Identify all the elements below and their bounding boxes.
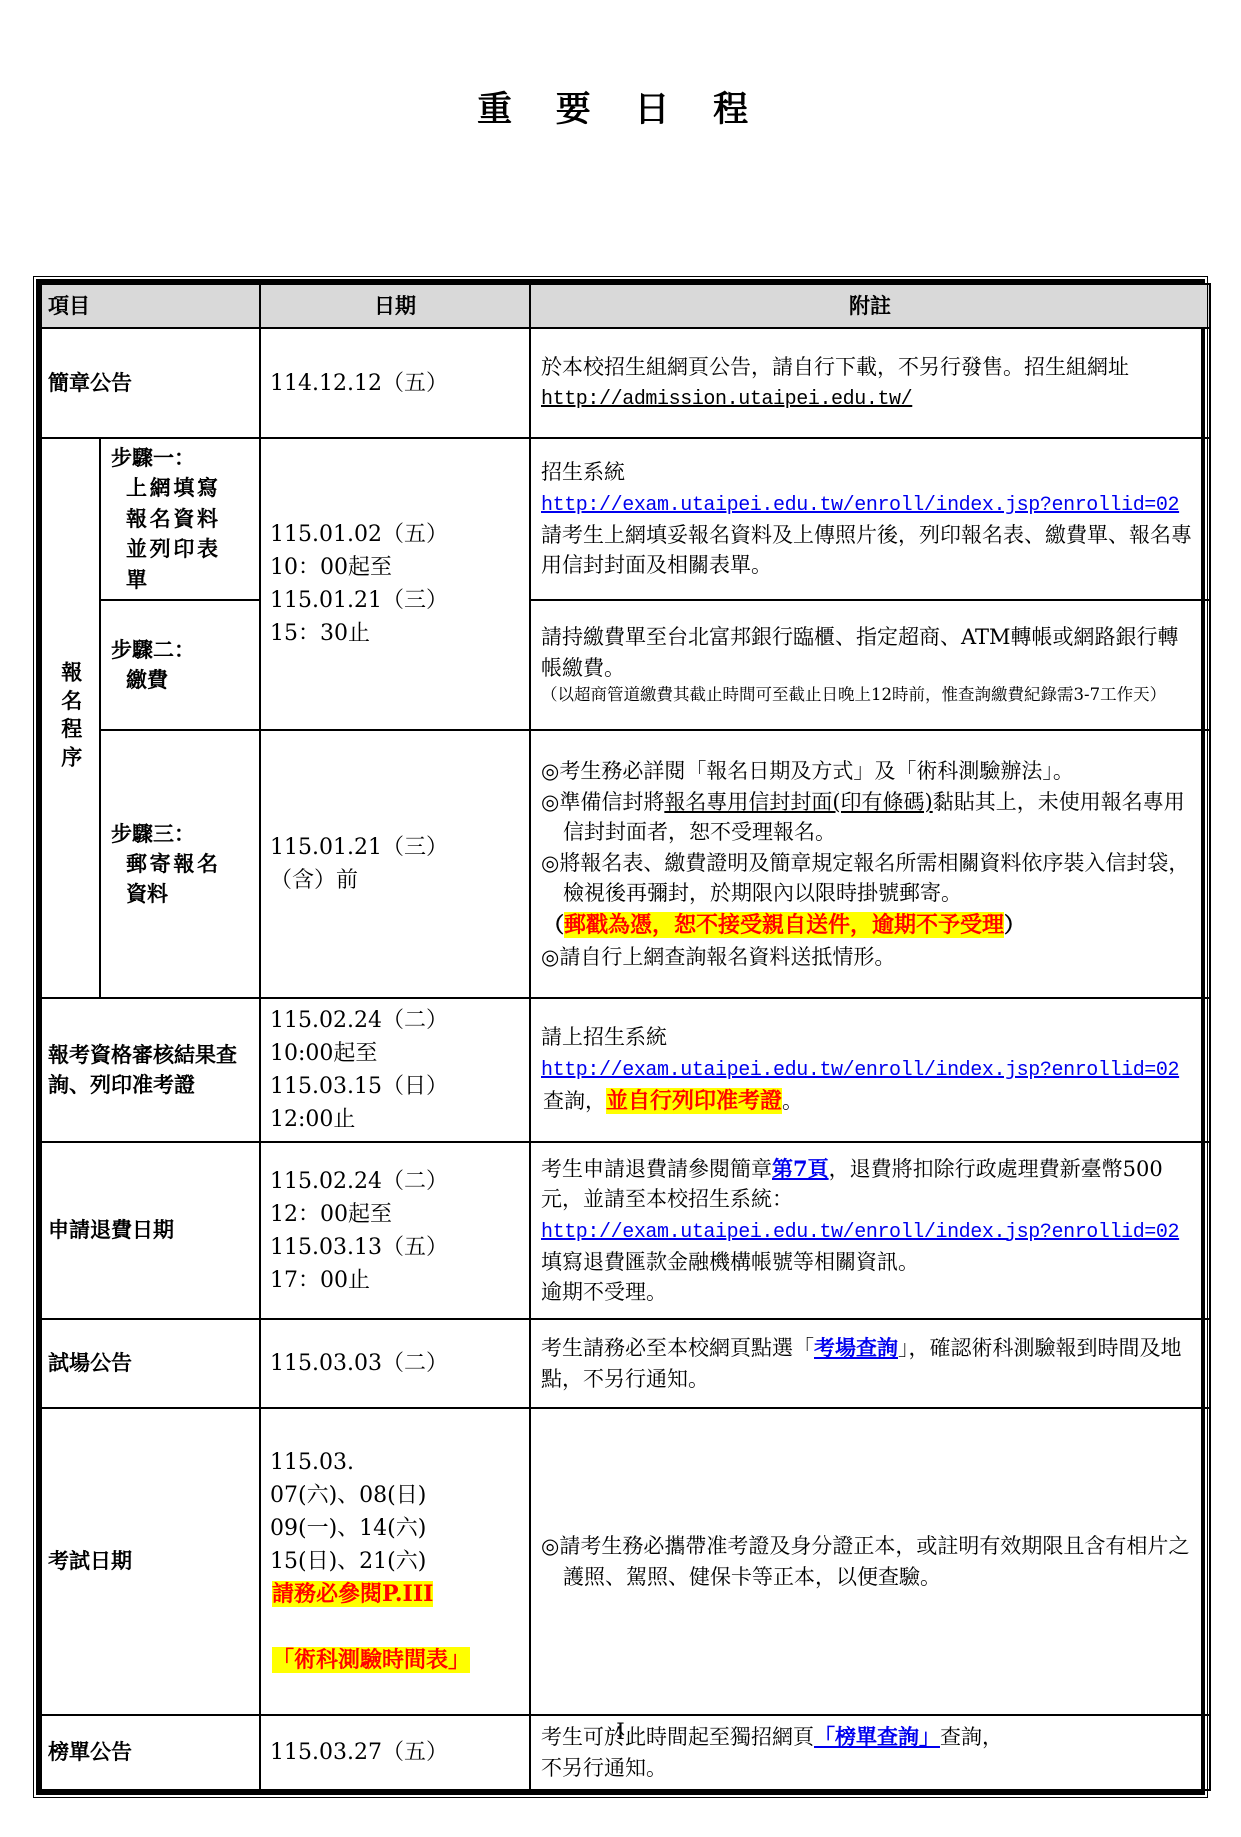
venue-note-pre: 考生請務必至本校網頁點選「 <box>541 1336 814 1360</box>
qualification-note-line1: 請上招生系統 <box>541 1022 1199 1052</box>
qualification-note-line3: 查詢，並自行列印准考證。 <box>541 1085 1199 1118</box>
qualification-date: 115.02.24（二） 10:00起至 115.03.15（日） 12:00止 <box>260 998 530 1142</box>
step3-bullet-3: ◎將報名表、繳費證明及簡章規定報名所需相關資料依序裝入信封袋，檢視後再彌封，於期… <box>541 848 1199 909</box>
row-registration-step1: 報名程序 步驟一： 上網填寫報名資料並列印表單 115.01.02（五） 10：… <box>41 438 1210 600</box>
page-title: 重 要 日 程 <box>0 82 1241 132</box>
announcement-note: 於本校招生組網頁公告，請自行下載，不另行發售。招生組網址 http://admi… <box>530 328 1210 438</box>
step3-postmark-warning: （郵戳為憑，恕不接受親自送件，逾期不予受理） <box>541 909 1199 942</box>
step3-title: 步驟三： <box>111 819 251 849</box>
exam-schedule-note-highlight-1: 請務必參閱P.III <box>272 1581 433 1607</box>
announcement-date: 114.12.12（五） <box>260 328 530 438</box>
exam-date: 115.03. 07(六)、08(日) 09(一)、14(六) 15(日)、21… <box>260 1408 530 1715</box>
page7-link[interactable]: 第7頁 <box>772 1156 829 1181</box>
step2-note-small: （以超商管道繳費其截止時間可至截止日晚上12時前，惟查詢繳費紀錄需3-7工作天） <box>541 683 1199 708</box>
qualification-note-pre: 查詢， <box>543 1089 606 1113</box>
venue-item: 試場公告 <box>41 1319 260 1408</box>
step1-body: 上網填寫報名資料並列印表單 <box>126 473 218 595</box>
venue-query-link[interactable]: 考場查詢 <box>814 1335 898 1360</box>
step2-note-body: 請持繳費單至台北富邦銀行臨櫃、指定超商、ATM轉帳或網路銀行轉帳繳費。 <box>541 622 1199 683</box>
print-ticket-highlight: 並自行列印准考證 <box>606 1088 782 1114</box>
exam-item: 考試日期 <box>41 1408 260 1715</box>
step3-b2-pre: ◎準備信封將 <box>541 790 664 814</box>
step2-cell: 步驟二： 繳費 <box>100 600 260 730</box>
paren-close: ） <box>1004 912 1025 937</box>
refund-note-after: 填寫退費匯款金融機構帳號等相關資訊。 <box>541 1247 1199 1277</box>
step3-note: ◎考生務必詳閱「報名日期及方式」及「術科測驗辦法」。 ◎準備信封將報名專用信封封… <box>530 730 1210 998</box>
step3-cell: 步驟三： 郵寄報名資料 <box>100 730 260 998</box>
admission-url-link[interactable]: http://admission.utaipei.edu.tw/ <box>541 388 912 411</box>
refund-note-pre: 考生申請退費請參閱簡章 <box>541 1157 772 1181</box>
step2-title: 步驟二： <box>111 635 251 665</box>
header-note: 附註 <box>530 284 1210 328</box>
step2-note: 請持繳費單至台北富邦銀行臨櫃、指定超商、ATM轉帳或網路銀行轉帳繳費。 （以超商… <box>530 600 1210 730</box>
results-note-line2: 不另行通知。 <box>541 1753 1199 1783</box>
row-venue: 試場公告 115.03.03（二） 考生請務必至本校網頁點選「考場查詢」，確認術… <box>41 1319 1210 1408</box>
announcement-note-text: 於本校招生組網頁公告，請自行下載，不另行發售。招生組網址 <box>541 355 1129 379</box>
venue-note: 考生請務必至本校網頁點選「考場查詢」，確認術科測驗報到時間及地點，不另行通知。 <box>530 1319 1210 1408</box>
step3-bullet-4: ◎請自行上網查詢報名資料送抵情形。 <box>541 942 1199 972</box>
schedule-table: 項目 日期 附註 簡章公告 114.12.12（五） 於本校招生組網頁公告，請自… <box>40 283 1211 1791</box>
step3-bullet-1: ◎考生務必詳閱「報名日期及方式」及「術科測驗辦法」。 <box>541 756 1199 786</box>
enroll-url-link-step1[interactable]: http://exam.utaipei.edu.tw/enroll/index.… <box>541 494 1179 517</box>
registration-group-label: 報名程序 <box>55 661 85 774</box>
refund-note-line1: 考生申請退費請參閱簡章第7頁，退費將扣除行政處理費新臺幣500元，並請至本校招生… <box>541 1154 1199 1215</box>
qualification-note: 請上招生系統 http://exam.utaipei.edu.tw/enroll… <box>530 998 1210 1142</box>
header-item: 項目 <box>41 284 260 328</box>
table-header-row: 項目 日期 附註 <box>41 284 1210 328</box>
step3-b2-underline: 報名專用信封封面(印有條碼) <box>664 790 932 814</box>
row-registration-step2: 步驟二： 繳費 請持繳費單至台北富邦銀行臨櫃、指定超商、ATM轉帳或網路銀行轉帳… <box>41 600 1210 730</box>
qualification-note-post: 。 <box>782 1089 803 1113</box>
row-exam: 考試日期 115.03. 07(六)、08(日) 09(一)、14(六) 15(… <box>41 1408 1210 1715</box>
exam-schedule-note-highlight-2: 「術科測驗時間表」 <box>272 1647 470 1673</box>
enroll-url-link-qualification[interactable]: http://exam.utaipei.edu.tw/enroll/index.… <box>541 1059 1179 1082</box>
step1-cell: 步驟一： 上網填寫報名資料並列印表單 <box>100 438 260 600</box>
enroll-url-link-refund[interactable]: http://exam.utaipei.edu.tw/enroll/index.… <box>541 1221 1179 1244</box>
exam-date-lines: 115.03. 07(六)、08(日) 09(一)、14(六) 15(日)、21… <box>270 1450 426 1574</box>
step1-note: 招生系統 http://exam.utaipei.edu.tw/enroll/i… <box>530 438 1210 600</box>
step3-bullet-2: ◎準備信封將報名專用信封封面(印有條碼)黏貼其上，未使用報名專用信封封面者，恕不… <box>541 787 1199 848</box>
step3-body: 郵寄報名資料 <box>126 849 218 910</box>
step1-note-line1: 招生系統 <box>541 457 1199 487</box>
refund-note: 考生申請退費請參閱簡章第7頁，退費將扣除行政處理費新臺幣500元，並請至本校招生… <box>530 1142 1210 1319</box>
refund-date: 115.02.24（二） 12：00起至 115.03.13（五） 17：00止 <box>260 1142 530 1319</box>
step1-title: 步驟一： <box>111 443 251 473</box>
qualification-item: 報考資格審核結果查詢、列印准考證 <box>41 998 260 1142</box>
exam-note-bullet: ◎請考生務必攜帶准考證及身分證正本，或註明有效期限且含有相片之護照、駕照、健保卡… <box>541 1531 1199 1592</box>
exam-note: ◎請考生務必攜帶准考證及身分證正本，或註明有效期限且含有相片之護照、駕照、健保卡… <box>530 1408 1210 1715</box>
row-registration-step3: 步驟三： 郵寄報名資料 115.01.21（三） （含）前 ◎考生務必詳閱「報名… <box>41 730 1210 998</box>
postmark-warning-highlight: 郵戳為憑，恕不接受親自送件，逾期不予受理 <box>564 912 1004 938</box>
schedule-table-frame: 項目 日期 附註 簡章公告 114.12.12（五） 於本校招生組網頁公告，請自… <box>36 279 1205 1795</box>
refund-item: 申請退費日期 <box>41 1142 260 1319</box>
paren-open: （ <box>543 912 564 937</box>
row-announcement: 簡章公告 114.12.12（五） 於本校招生組網頁公告，請自行下載，不另行發售… <box>41 328 1210 438</box>
refund-note-last: 逾期不受理。 <box>541 1277 1199 1307</box>
announcement-item: 簡章公告 <box>41 328 260 438</box>
registration-group-cell: 報名程序 <box>41 438 100 998</box>
row-qualification: 報考資格審核結果查詢、列印准考證 115.02.24（二） 10:00起至 11… <box>41 998 1210 1142</box>
row-refund: 申請退費日期 115.02.24（二） 12：00起至 115.03.13（五）… <box>41 1142 1210 1319</box>
step3-date: 115.01.21（三） （含）前 <box>260 730 530 998</box>
step2-body: 繳費 <box>126 665 218 695</box>
page-number: I <box>0 1720 1241 1745</box>
header-date: 日期 <box>260 284 530 328</box>
venue-date: 115.03.03（二） <box>260 1319 530 1408</box>
step12-date: 115.01.02（五） 10：00起至 115.01.21（三） 15：30止 <box>260 438 530 730</box>
step1-note-body: 請考生上網填妥報名資料及上傳照片後，列印報名表、繳費單、報名專用信封封面及相關表… <box>541 520 1199 581</box>
